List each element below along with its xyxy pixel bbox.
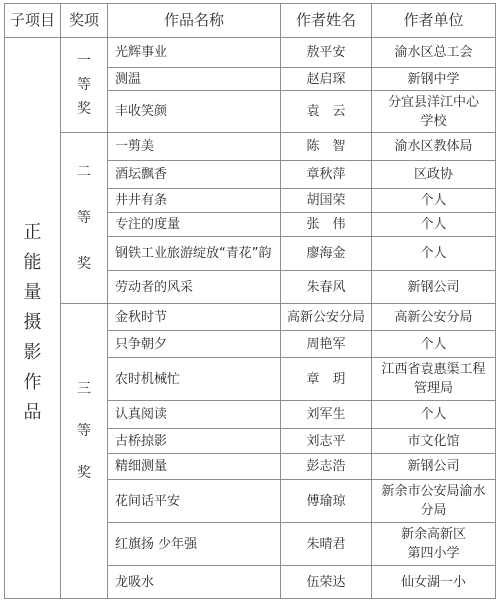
author-unit: 个人 <box>372 189 496 213</box>
author-unit: 新钢公司 <box>372 454 496 480</box>
author-name: 高新公安分局 <box>281 304 372 331</box>
work-title: 光辉事业 <box>108 38 281 68</box>
author-unit: 高新公安分局 <box>372 304 496 331</box>
work-title: 认真阅读 <box>108 401 281 429</box>
author-name: 刘军生 <box>281 401 372 429</box>
work-title: 红旗扬 少年强 <box>108 523 281 566</box>
author-unit: 个人 <box>372 237 496 271</box>
header-subcategory: 子项目 <box>5 4 61 38</box>
work-title: 古桥掠影 <box>108 429 281 454</box>
author-unit: 新钢中学 <box>372 68 496 91</box>
author-name: 张 伟 <box>281 213 372 237</box>
author-unit: 分宜县洋江中心 学校 <box>372 91 496 133</box>
work-title: 酒坛飘香 <box>108 161 281 189</box>
author-name: 刘志平 <box>281 429 372 454</box>
author-unit: 渝水区总工会 <box>372 38 496 68</box>
author-name: 傅瑜琼 <box>281 480 372 523</box>
work-title: 精细测量 <box>108 454 281 480</box>
work-title: 金秋时节 <box>108 304 281 331</box>
table-row: 二 等 奖 一剪美 陈 智 渝水区教体局 <box>5 133 496 161</box>
work-title: 农时机械忙 <box>108 358 281 401</box>
author-name: 胡国荣 <box>281 189 372 213</box>
author-unit: 渝水区教体局 <box>372 133 496 161</box>
author-name: 章 玥 <box>281 358 372 401</box>
author-unit: 个人 <box>372 331 496 358</box>
work-title: 只争朝夕 <box>108 331 281 358</box>
award-level-first: 一 等 奖 <box>61 38 108 133</box>
author-unit: 江西省袁惠渠工程 管理局 <box>372 358 496 401</box>
author-name: 章秋萍 <box>281 161 372 189</box>
work-title: 专注的度量 <box>108 213 281 237</box>
work-title: 测温 <box>108 68 281 91</box>
work-title: 劳动者的风采 <box>108 271 281 304</box>
author-name: 朱春风 <box>281 271 372 304</box>
author-unit: 区政协 <box>372 161 496 189</box>
author-unit: 市文化馆 <box>372 429 496 454</box>
work-title: 钢铁工业旅游绽放“青花”韵 <box>108 237 281 271</box>
author-unit: 个人 <box>372 213 496 237</box>
header-title: 作品名称 <box>108 4 281 38</box>
author-unit: 新余高新区 第四小学 <box>372 523 496 566</box>
author-name: 敖平安 <box>281 38 372 68</box>
awards-table: 子项目 奖项 作品名称 作者姓名 作者单位 正 能 量 摄 影 作 品 <box>4 3 496 599</box>
author-unit: 新余市公安局渝水 分局 <box>372 480 496 523</box>
author-name: 朱晴君 <box>281 523 372 566</box>
author-name: 廖海金 <box>281 237 372 271</box>
work-title: 丰收笑颜 <box>108 91 281 133</box>
header-author: 作者姓名 <box>281 4 372 38</box>
award-level-third: 三 等 奖 <box>61 304 108 599</box>
author-name: 赵启琛 <box>281 68 372 91</box>
table-row: 三 等 奖 金秋时节 高新公安分局 高新公安分局 <box>5 304 496 331</box>
work-title: 龙吸水 <box>108 566 281 599</box>
subcategory-cell: 正 能 量 摄 影 作 品 <box>5 38 61 599</box>
author-unit: 新钢公司 <box>372 271 496 304</box>
header-award: 奖项 <box>61 4 108 38</box>
author-name: 周艳军 <box>281 331 372 358</box>
author-unit: 个人 <box>372 401 496 429</box>
author-name: 彭志浩 <box>281 454 372 480</box>
work-title: 花间话平安 <box>108 480 281 523</box>
award-level-second: 二 等 奖 <box>61 133 108 304</box>
work-title: 井井有条 <box>108 189 281 213</box>
author-unit: 仙女湖一小 <box>372 566 496 599</box>
author-name: 伍荣达 <box>281 566 372 599</box>
author-name: 陈 智 <box>281 133 372 161</box>
author-name: 袁 云 <box>281 91 372 133</box>
header-row: 子项目 奖项 作品名称 作者姓名 作者单位 <box>5 4 496 38</box>
table-row: 正 能 量 摄 影 作 品 一 等 奖 光辉事业 敖平安 渝水区总工会 <box>5 38 496 68</box>
header-unit: 作者单位 <box>372 4 496 38</box>
work-title: 一剪美 <box>108 133 281 161</box>
